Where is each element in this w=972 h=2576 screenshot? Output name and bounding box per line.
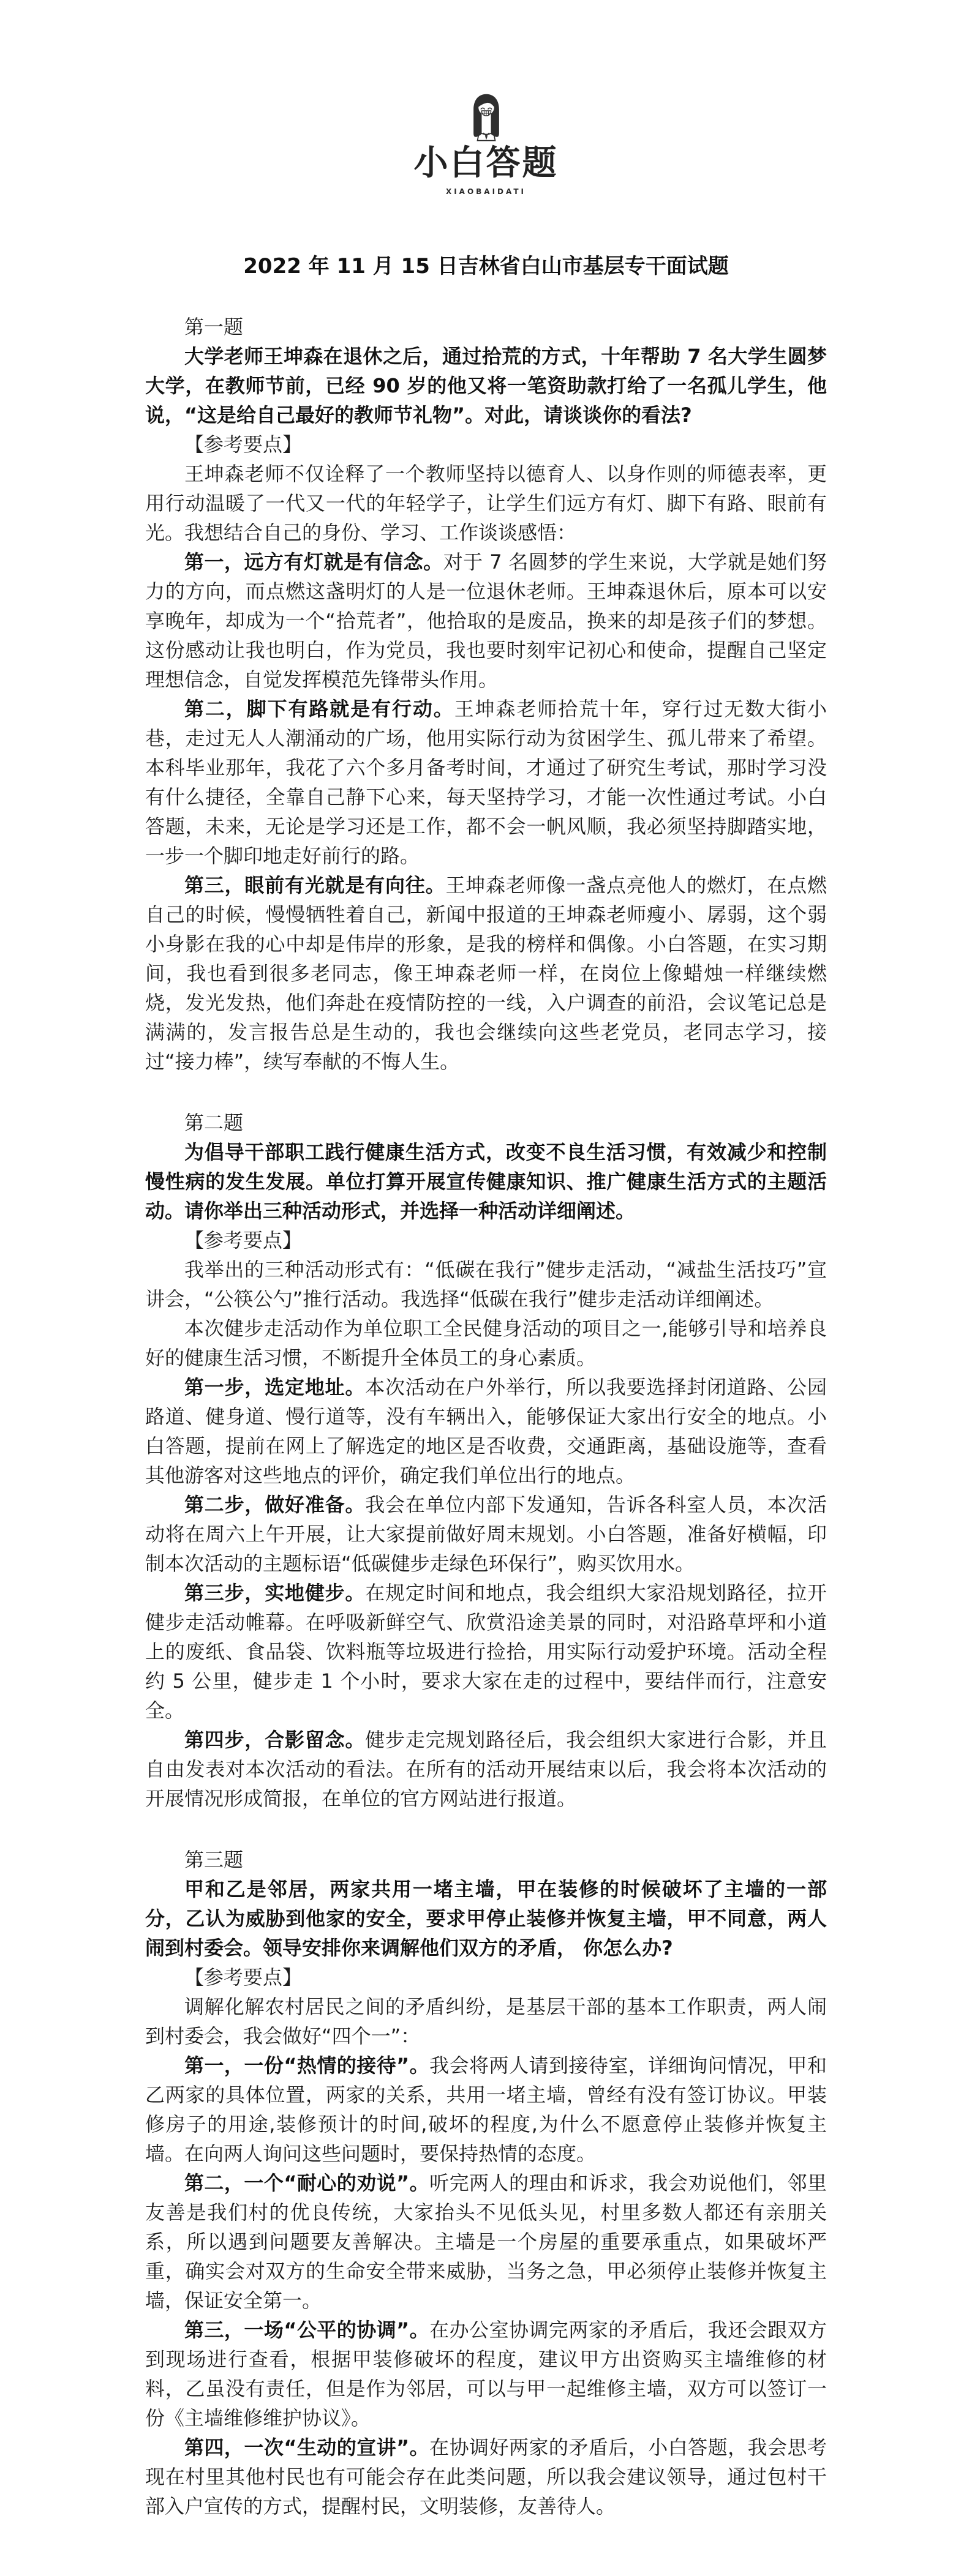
section-1-paragraph: 第二，脚下有路就是有行动。王坤森老师拾荒十年，穿行过无数大街小巷，走过无人人潮涌…	[145, 694, 827, 871]
section-3-paragraph: 第二，一个“耐心的劝说”。听完两人的理由和诉求，我会劝说他们，邻里友善是我们村的…	[145, 2168, 827, 2315]
paragraph-lead: 第二，一个“耐心的劝说”。	[184, 2171, 429, 2195]
paragraph-lead: 第三，一场“公平的协调”。	[184, 2318, 429, 2342]
brand-logo-text: 小白答题	[145, 144, 827, 182]
section-3-paragraph: 调解化解农村居民之间的矛盾纠纷，是基层干部的基本工作职责，两人闹到村委会，我会做…	[145, 1992, 827, 2051]
section-1-paragraph: 王坤森老师不仅诠释了一个教师坚持以德育人、以身作则的师德表率，更用行动温暖了一代…	[145, 459, 827, 547]
paragraph-text: 王坤森老师不仅诠释了一个教师坚持以德育人、以身作则的师德表率，更用行动温暖了一代…	[145, 462, 827, 544]
paragraph-lead: 第三步，实地健步。	[184, 1581, 365, 1604]
paragraph-lead: 第四，一次“生动的宣讲”。	[184, 2436, 429, 2459]
avatar-tie-knot	[485, 135, 487, 137]
section-question-1: 第一题 大学老师王坤森在退休之后，通过拾荒的方式，十年帮助 7 名大学生圆梦大学…	[145, 312, 827, 1076]
paragraph-lead: 第一，一份“热情的接待”。	[184, 2054, 429, 2077]
paragraph-text: 王坤森老师拾荒十年，穿行过无数大街小巷，走过无人人潮涌动的广场，他用实际行动为贫…	[145, 697, 827, 867]
section-question-3: 第三题 甲和乙是邻居，两家共用一堵主墙，甲在装修的时候破坏了主墙的一部分，乙认为…	[145, 1845, 827, 2521]
section-1-question-text: 大学老师王坤森在退休之后，通过拾荒的方式，十年帮助 7 名大学生圆梦大学，在教师…	[145, 342, 827, 430]
paragraph-lead: 第二，脚下有路就是有行动。	[184, 697, 454, 721]
section-3-heading: 第三题	[145, 1845, 827, 1874]
section-question-2: 第二题 为倡导干部职工践行健康生活方式，改变不良生活习惯，有效减少和控制慢性病的…	[145, 1108, 827, 1813]
section-1-paragraph: 第一，远方有灯就是有信念。对于 7 名圆梦的学生来说，大学就是她们努力的方向，而…	[145, 547, 827, 694]
section-3-paragraph: 第四，一次“生动的宣讲”。在协调好两家的矛盾后，小白答题，我会思考现在村里其他村…	[145, 2433, 827, 2521]
section-2-paragraph: 第四步，合影留念。健步走完规划路径后，我会组织大家进行合影，并且自由发表对本次活…	[145, 1725, 827, 1813]
document-page: 小白答题 XIAOBAIDATI 2022 年 11 月 15 日吉林省白山市基…	[0, 0, 972, 2576]
paragraph-lead: 第四步，合影留念。	[184, 1728, 365, 1751]
paragraph-text: 王坤森老师像一盏点亮他人的燃灯，在点燃自己的时候，慢慢牺牲着自己，新闻中报道的王…	[145, 874, 827, 1073]
brand-header: 小白答题 XIAOBAIDATI	[145, 93, 827, 196]
section-2-paragraph: 第一步，选定地址。本次活动在户外举行，所以我要选择封闭道路、公园路道、健身道、慢…	[145, 1372, 827, 1490]
paragraph-lead: 第三，眼前有光就是有向往。	[184, 874, 445, 897]
girl-avatar-icon	[469, 93, 504, 142]
section-2-heading: 第二题	[145, 1108, 827, 1137]
section-1-reference-label: 【参考要点】	[145, 430, 827, 459]
paragraph-lead: 第二步，做好准备。	[184, 1493, 365, 1516]
section-3-reference-label: 【参考要点】	[145, 1963, 827, 1992]
section-2-paragraph: 第二步，做好准备。我会在单位内部下发通知，告诉各科室人员，本次活动将在周六上午开…	[145, 1490, 827, 1578]
brand-logo-subtext: XIAOBAIDATI	[145, 187, 827, 196]
paragraph-text: 我举出的三种活动形式有：“低碳在我行”健步走活动，“减盐生活技巧”宣讲会，“公筷…	[145, 1258, 827, 1311]
section-2-reference-label: 【参考要点】	[145, 1226, 827, 1255]
paragraph-lead: 第一步，选定地址。	[184, 1376, 365, 1399]
section-2-paragraph: 本次健步走活动作为单位职工全民健身活动的项目之一,能够引导和培养良好的健康生活习…	[145, 1314, 827, 1372]
section-1-heading: 第一题	[145, 312, 827, 342]
section-3-paragraph: 第一，一份“热情的接待”。我会将两人请到接待室，详细询问情况，甲和乙两家的具体位…	[145, 2051, 827, 2168]
section-2-paragraph: 我举出的三种活动形式有：“低碳在我行”健步走活动，“减盐生活技巧”宣讲会，“公筷…	[145, 1255, 827, 1314]
section-2-paragraph: 第三步，实地健步。在规定时间和地点，我会组织大家沿规划路径，拉开健步走活动帷幕。…	[145, 1578, 827, 1725]
section-3-question-text: 甲和乙是邻居，两家共用一堵主墙，甲在装修的时候破坏了主墙的一部分，乙认为威胁到他…	[145, 1874, 827, 1963]
section-3-paragraph: 第三，一场“公平的协调”。在办公室协调完两家的矛盾后，我还会跟双方到现场进行查看…	[145, 2315, 827, 2433]
section-2-question-text: 为倡导干部职工践行健康生活方式，改变不良生活习惯，有效减少和控制慢性病的发生发展…	[145, 1137, 827, 1226]
section-1-paragraph: 第三，眼前有光就是有向往。王坤森老师像一盏点亮他人的燃灯，在点燃自己的时候，慢慢…	[145, 871, 827, 1076]
paragraph-lead: 第一，远方有灯就是有信念。	[184, 550, 443, 574]
paragraph-text: 本次健步走活动作为单位职工全民健身活动的项目之一,能够引导和培养良好的健康生活习…	[145, 1317, 827, 1369]
document-title: 2022 年 11 月 15 日吉林省白山市基层专干面试题	[145, 252, 827, 280]
paragraph-text: 调解化解农村居民之间的矛盾纠纷，是基层干部的基本工作职责，两人闹到村委会，我会做…	[145, 1995, 827, 2048]
